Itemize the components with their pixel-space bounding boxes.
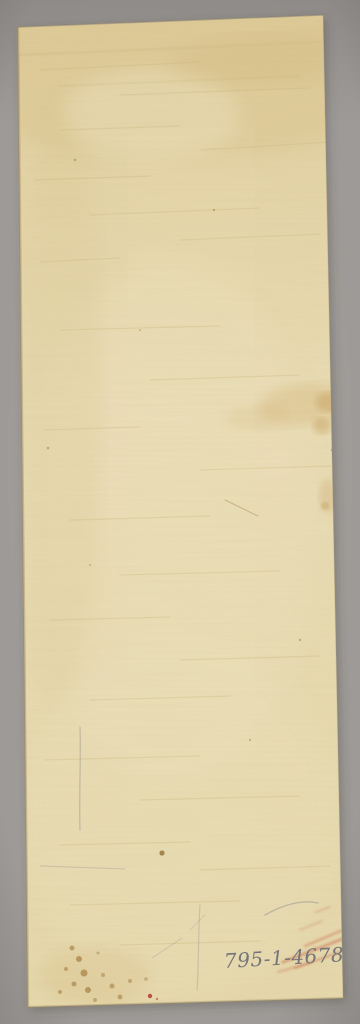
artifact-photo <box>0 0 360 1024</box>
paper-sheet <box>0 0 360 1007</box>
paper-grain <box>18 15 343 1007</box>
photo-stage: 795-1-4678 <box>0 0 360 1024</box>
